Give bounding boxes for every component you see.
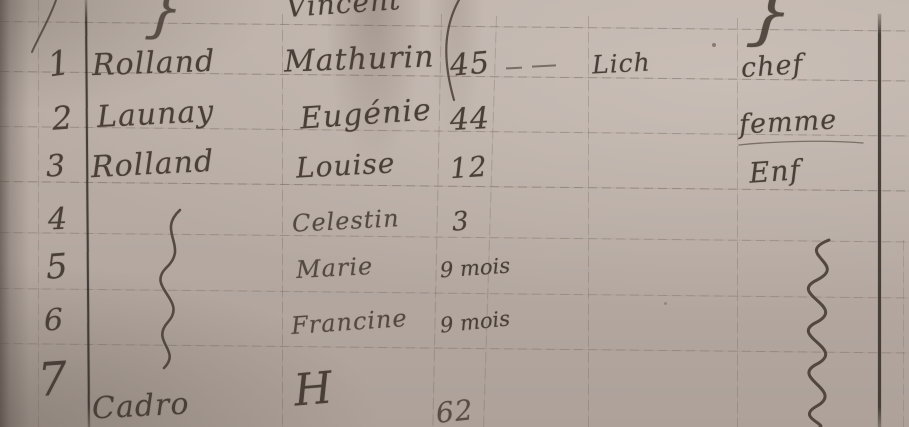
row-3-number: 3 [45,151,67,182]
row-7-surname: Cadro [91,389,190,424]
paper-speck [664,302,667,305]
row-1-relation: chef [740,51,804,82]
row-7-age: 62 [435,396,475,427]
column-line-right [878,14,881,427]
row-7-firstname: H [292,366,335,413]
idem-squiggle-relation [783,238,847,427]
row-3-firstname: Louise [295,149,396,182]
ditto-dash [532,64,556,67]
row-2-firstname: Eugénie [299,95,433,134]
row-2-age: 44 [449,104,491,136]
row-line [0,288,909,299]
row-1-firstname: Mathurin [284,42,436,77]
column-line [903,240,904,427]
row-6-firstname: Francine [290,306,408,338]
ditto-brace-relation: } [744,0,796,49]
ditto-dash [506,67,522,70]
column-line [588,16,589,427]
ditto-brace-surname: } [143,0,187,42]
row-1-note: Lich [591,49,651,77]
row-7-number: 7 [36,355,69,403]
row-5-firstname: Marie [295,254,373,282]
row-2-surname: Launay [96,97,215,133]
census-register-photo: } Vincent } 1 Rolland Mathurin 45 Lich c… [0,0,909,427]
row-3-relation: Enf [748,156,802,188]
row-1-number: 1 [46,46,73,83]
row-5-age: 9 mois [439,256,510,282]
row-1-surname: Rolland [92,47,216,81]
column-line [737,18,738,427]
row-5-number: 5 [45,249,70,284]
row-4-firstname: Celestin [291,206,400,236]
row-1-age: 45 [449,48,492,81]
row-6-number: 6 [43,305,65,336]
row-4-number: 4 [47,205,68,236]
row-4-age: 3 [451,208,470,235]
row-2-number: 2 [51,101,75,134]
paper-speck [712,43,716,47]
row-0-firstname: Vincent [285,0,402,22]
column-line-number [85,0,90,427]
row-6-age: 9 mois [439,308,511,336]
row-line [0,343,909,354]
row-3-age: 12 [449,153,489,184]
column-line [282,14,283,427]
row-3-surname: Rolland [90,147,215,183]
row-2-relation: femme [738,106,837,138]
